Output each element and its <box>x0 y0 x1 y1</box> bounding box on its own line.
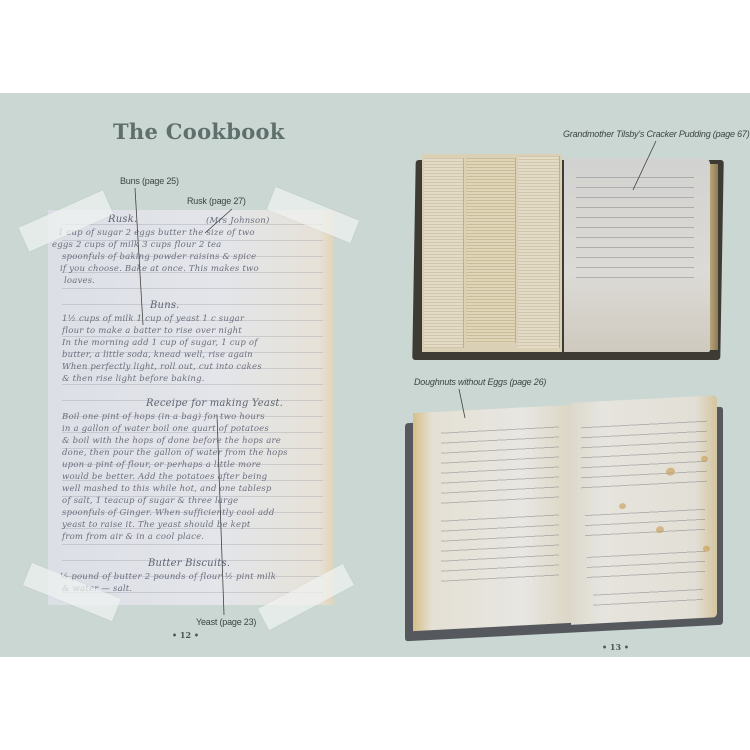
handwriting-lines <box>441 509 559 589</box>
yeast-line: done, then pour the gallon of water from… <box>62 448 288 458</box>
yeast-line: Boil one pint of hops (in a bag) for two… <box>62 412 265 422</box>
buns-line: & then rise light before baking. <box>62 374 205 384</box>
yeast-line: in a gallon of water boil one quart of p… <box>62 424 269 434</box>
yeast-line: upon a pint of flour, or perhaps a littl… <box>62 460 261 470</box>
callout-yeast: Yeast (page 23) <box>196 617 256 627</box>
folio-right: • 13 • <box>602 642 629 652</box>
buns-line: butter, a little soda, knead well, rise … <box>62 350 253 360</box>
callout-buns: Buns (page 25) <box>120 176 179 186</box>
yeast-heading: Receipe for making Yeast. <box>146 398 283 409</box>
buns-line: 1½ cups of milk 1 cup of yeast 1 c sugar <box>62 314 244 324</box>
handwritten-doughnuts-page <box>413 405 571 631</box>
yeast-line: would be better. Add the potatoes after … <box>62 472 267 482</box>
rusk-line: loaves. <box>64 276 95 286</box>
biscuit-line: ½ pound of butter 2 pounds of flour ½ pi… <box>60 572 276 582</box>
page-title: The Cookbook <box>113 119 285 144</box>
handwritten-recipe-page-right <box>571 395 717 625</box>
folio-left: • 12 • <box>172 630 199 640</box>
yeast-line: & boil with the hops of done before the … <box>62 436 281 446</box>
page-edge <box>710 164 718 350</box>
handwriting-lines <box>441 421 559 507</box>
handwriting-lines <box>581 416 707 493</box>
yeast-line: yeast to raise it. The yeast should be k… <box>62 520 250 530</box>
rusk-line: eggs 2 cups of milk 3 cups flour 2 tea <box>52 240 221 250</box>
rusk-line: spoonfuls of baking powder raisins & spi… <box>62 252 256 262</box>
buns-heading: Buns. <box>150 300 180 311</box>
buns-line: When perfectly light, roll out, cut into… <box>62 362 262 372</box>
handwritten-cracker-pudding-page <box>564 158 710 352</box>
newspaper-clipping-page <box>422 154 562 352</box>
handwriting-lines <box>585 504 705 540</box>
photo-handwritten-cookbook-open <box>405 395 723 635</box>
handwriting-lines <box>593 584 703 614</box>
biscuit-heading: Butter Biscuits. <box>148 558 230 569</box>
yeast-line: spoonfuls of Ginger. When sufficiently c… <box>62 508 275 518</box>
buns-line: flour to make a batter to rise over nigh… <box>62 326 242 336</box>
handwriting-lines <box>587 546 705 580</box>
handwriting-lines <box>576 172 694 282</box>
handwritten-recipe-page: Rusk. (Mrs Johnson) 1 cup of sugar 2 egg… <box>48 210 333 605</box>
rusk-attribution: (Mrs Johnson) <box>206 216 270 226</box>
callout-doughnuts: Doughnuts without Eggs (page 26) <box>414 377 546 387</box>
rusk-line: 1 cup of sugar 2 eggs butter the size of… <box>58 228 255 238</box>
photo-scrapbook-open <box>414 150 722 360</box>
callout-cracker-pudding: Grandmother Tilsby's Cracker Pudding (pa… <box>563 129 750 139</box>
rusk-heading: Rusk. <box>108 214 137 225</box>
callout-rusk: Rusk (page 27) <box>187 196 246 206</box>
yeast-line: from from air & in a cool place. <box>62 532 204 542</box>
yeast-line: of salt, 1 teacup of sugar & three large <box>62 496 238 506</box>
stain <box>703 546 710 552</box>
rusk-line: if you choose. Bake at once. This makes … <box>60 264 259 274</box>
buns-line: In the morning add 1 cup of sugar, 1 cup… <box>62 338 258 348</box>
yeast-line: well mashed to this while hot, and one t… <box>62 484 272 494</box>
